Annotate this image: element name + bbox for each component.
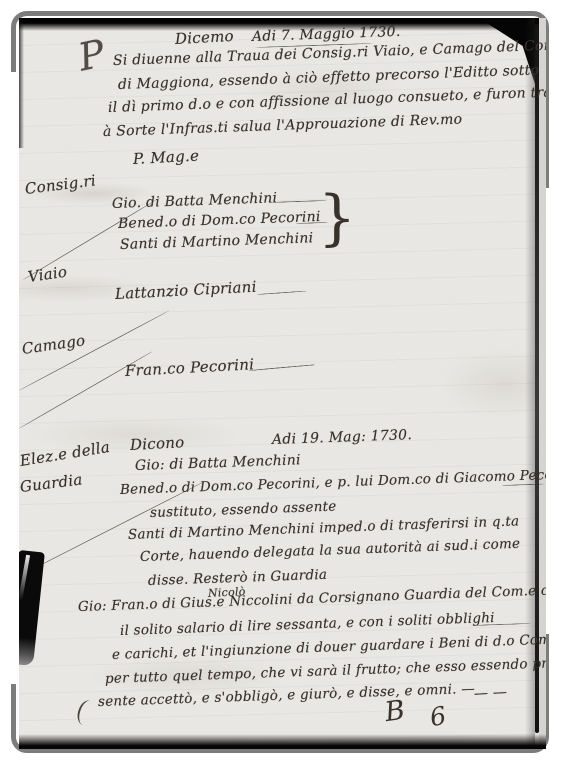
frame-gap-left	[0, 72, 19, 684]
page-left-top-shadow	[19, 18, 24, 148]
entry1-body-line: à Sorte l'Infras.ti salua l'Approuazione…	[103, 111, 463, 140]
entry1-date: Adi 7. Maggio 1730.	[252, 24, 401, 45]
viaio-name-flourish	[257, 291, 307, 295]
margin-label-camago: Camago	[21, 331, 87, 358]
names-brace-mark: }	[318, 186, 356, 250]
councillor-name: Gio. di Batta Menchini	[112, 190, 278, 212]
closing-dashes: — —	[474, 684, 508, 702]
entry2-heading-word: Dicono	[130, 433, 185, 454]
camago-name: Fran.co Pecorini	[125, 355, 255, 380]
entry2-body-line: Gio: di Batta Menchini	[135, 452, 301, 474]
councillor-name: Bened.o di Dom.co Pecorini	[118, 209, 321, 232]
stray-pen-mark	[74, 698, 99, 728]
margin-label-viaio: Viaio	[27, 263, 69, 286]
opening-flourish-mark: P	[74, 31, 108, 79]
closing-flourish-b: B	[383, 695, 407, 728]
clip-highlight	[19, 555, 30, 601]
margin-label-consiglieri: Consig.ri	[24, 171, 97, 198]
entry2-date: Adi 19. Mag: 1730.	[272, 427, 413, 448]
entry2-body-line: sustituto, essendo assente	[150, 498, 337, 521]
page-right-edge-line	[535, 24, 539, 733]
manuscript-viewer: P Dicemo Adi 7. Maggio 1730. Si diuenne …	[0, 0, 561, 760]
page-bottom-shadow	[19, 734, 546, 749]
black-clip-wedge	[19, 550, 45, 666]
margin-label-guardia: Guardia	[19, 470, 83, 496]
manuscript-page-scan: P Dicemo Adi 7. Maggio 1730. Si diuenne …	[19, 18, 546, 749]
councillor-name: Santi di Martino Menchini	[120, 230, 314, 253]
margin-label-elezione: Elez.e della	[19, 438, 111, 470]
entry1-heading-word: Dicemo	[175, 27, 235, 48]
camago-name-flourish	[249, 364, 315, 371]
frame-gap-right	[544, 188, 561, 634]
entry2-line2-dash	[502, 484, 544, 486]
entry1-closing: P. Mag.e	[133, 147, 200, 168]
closing-flourish-6: 6	[428, 701, 449, 732]
viaio-name: Lattanzio Cipriani	[115, 278, 258, 303]
